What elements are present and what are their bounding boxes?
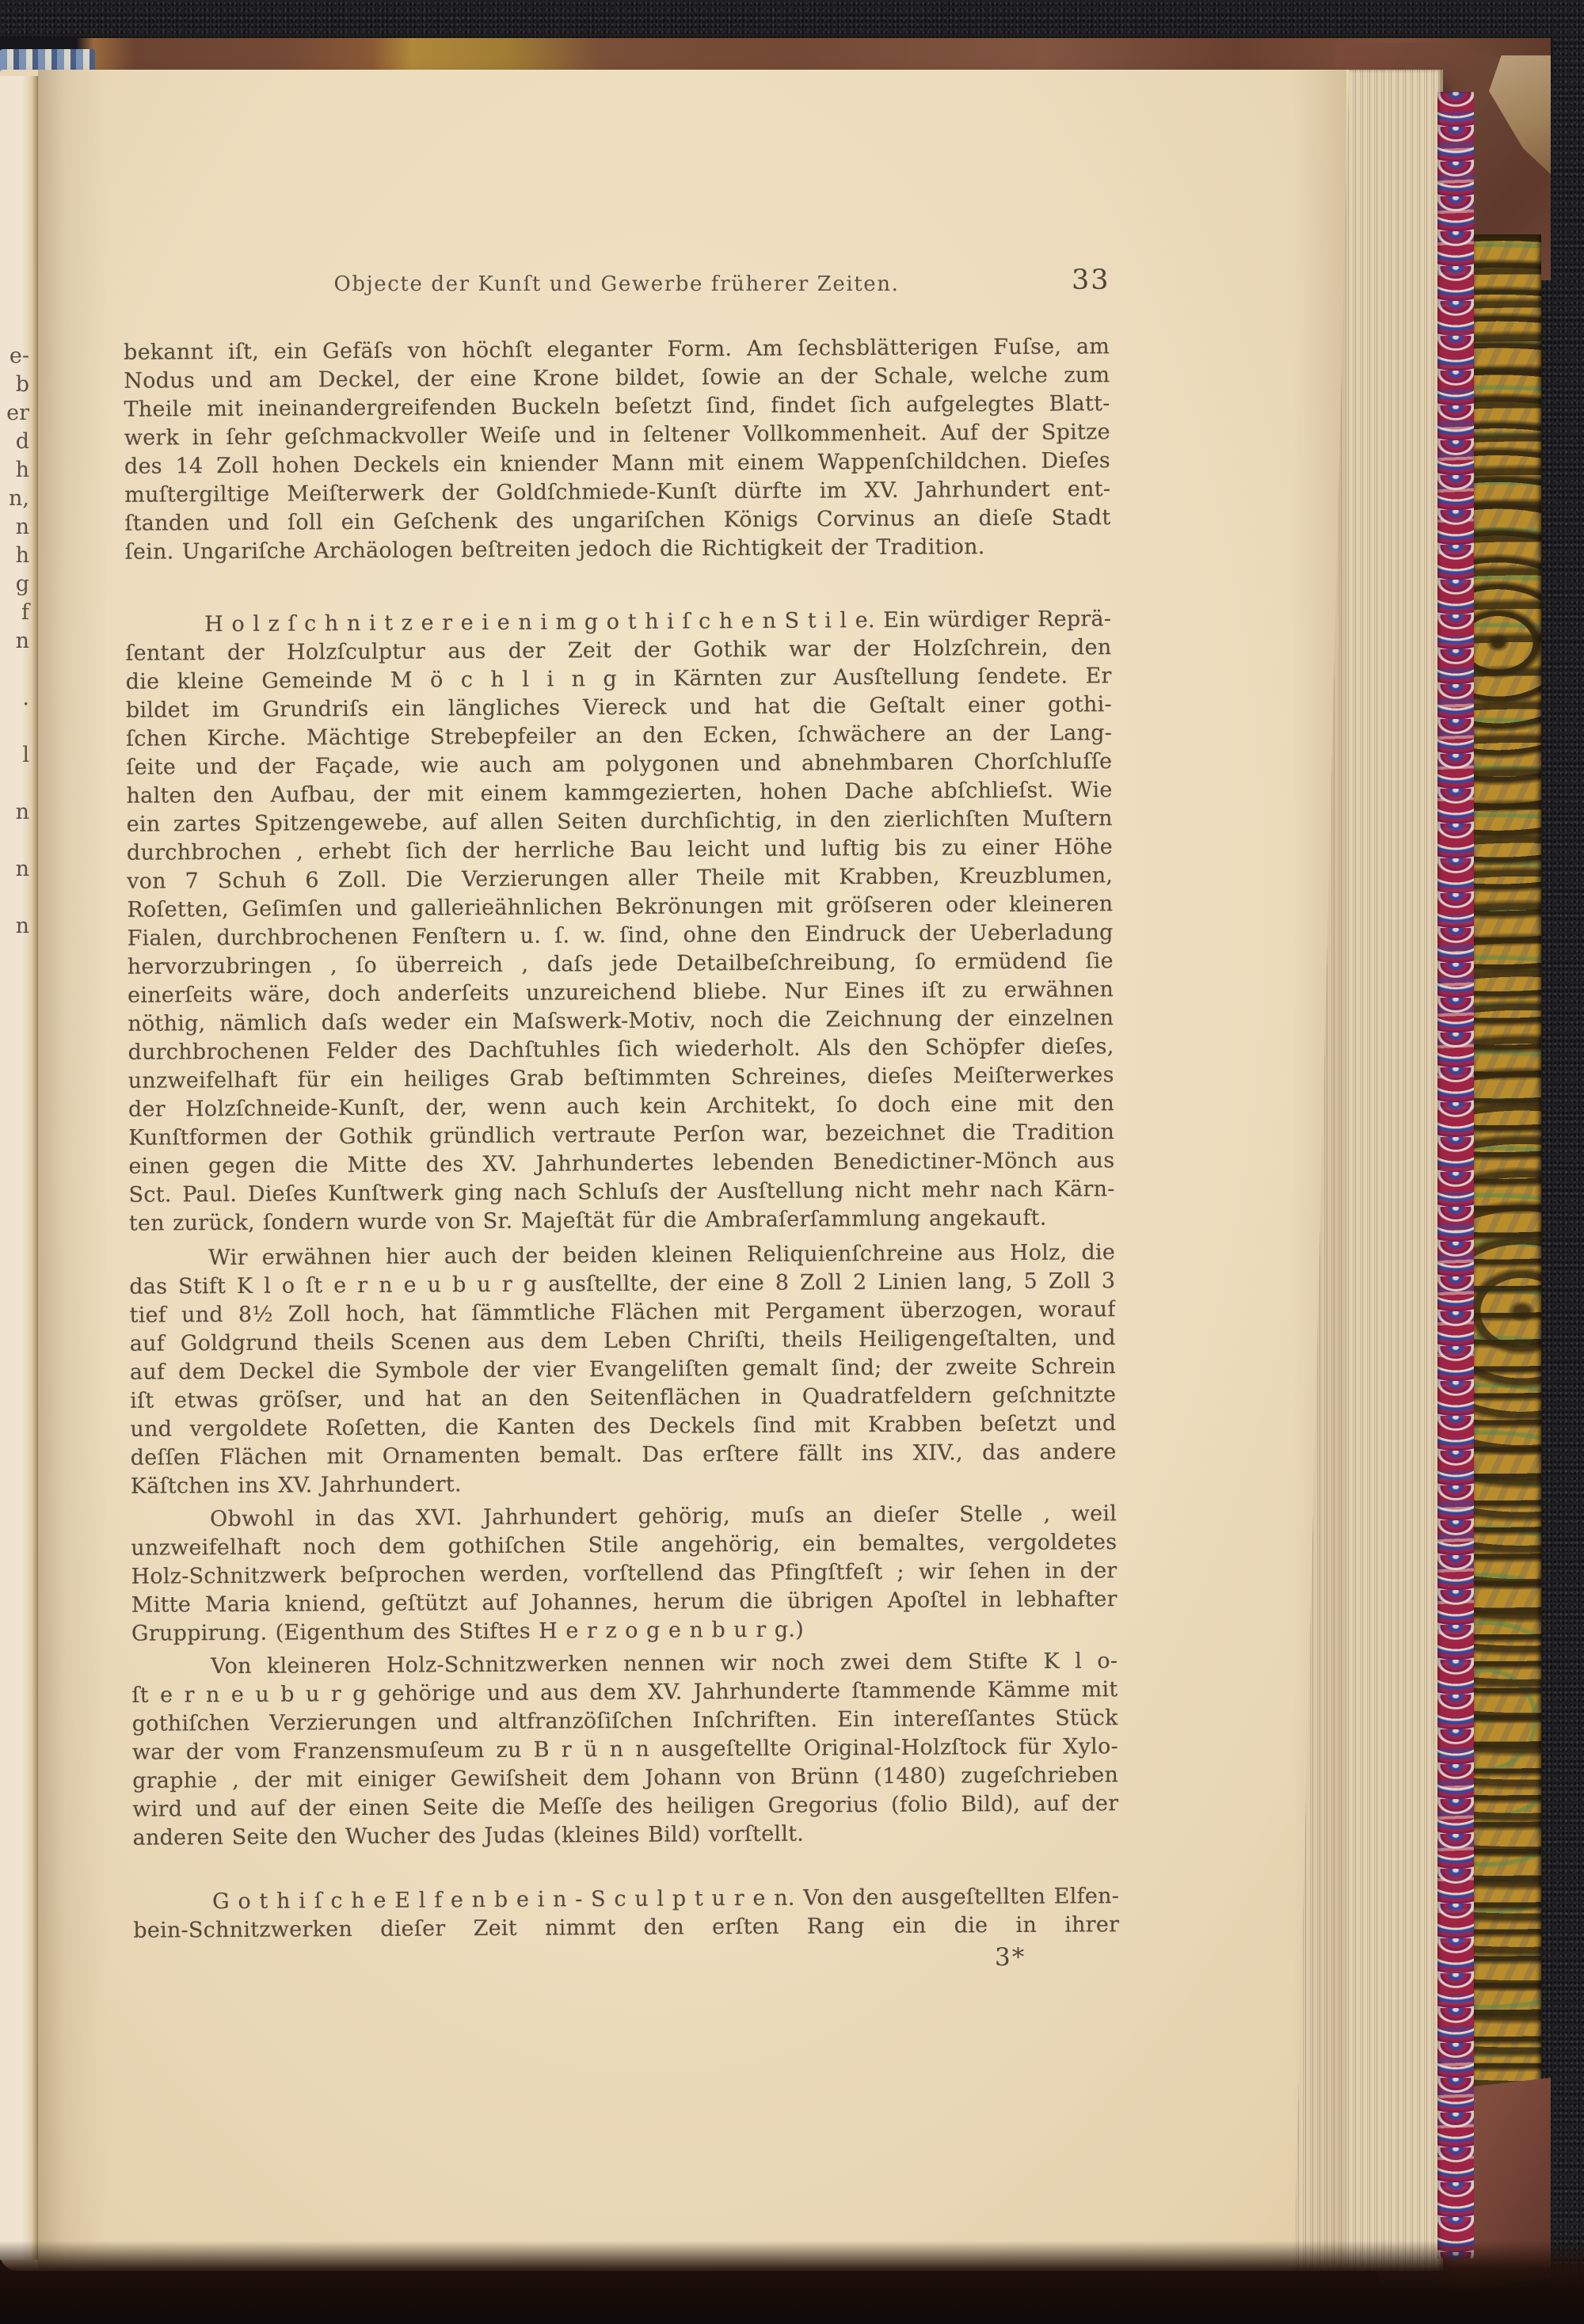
cut-off-text-fragment: d <box>0 428 38 456</box>
cut-off-text-fragment: n <box>0 513 38 542</box>
cut-off-text-fragment: h <box>0 456 38 485</box>
cut-off-text-fragment <box>0 884 38 912</box>
cut-off-text-fragment: h <box>0 542 38 570</box>
cut-off-text-fragment: e- <box>0 342 38 371</box>
cut-off-text-fragment: l <box>0 741 38 770</box>
cut-off-text-fragment: . <box>0 684 38 713</box>
text-line: deſſen Flächen mit Ornamenten bemalt. Da… <box>131 1438 1117 1473</box>
scan-background: e-berdhn,nhgfn.lnnn Objecte der Kunſt un… <box>0 0 1584 2324</box>
paragraph: Von kleineren Holz-Schnitzwerken nennen … <box>131 1647 1119 1853</box>
running-head: Objecte der Kunſt und Gewerbe früherer Z… <box>124 272 1110 296</box>
text-line: Gruppirung. (Eigenthum des Stiftes H e r… <box>131 1614 1118 1649</box>
signature-mark: 3* <box>995 1943 1026 1972</box>
text-line: bein-Schnitzwerken dieſer Zeit nimmt den… <box>133 1911 1119 1946</box>
cut-off-text-fragment <box>0 713 38 741</box>
book-page: e-berdhn,nhgfn.lnnn Objecte der Kunſt un… <box>0 70 1443 2271</box>
cut-off-text-fragment <box>0 827 38 855</box>
text-line: Käſtchen ins XV. Jahrhundert. <box>131 1466 1117 1501</box>
marbled-cover-paper <box>1472 234 1541 2091</box>
cut-off-text-fragment <box>0 656 38 684</box>
paragraph: Obwohl in das XVI. Jahrhundert gehörig, … <box>131 1500 1118 1649</box>
bottom-shadow <box>0 2241 1584 2324</box>
cut-off-text-fragment: er <box>0 399 38 428</box>
cut-off-text-fragment: n <box>0 912 38 941</box>
marbled-endpaper-strip <box>1437 92 1474 2258</box>
text-line: wird und auf der einen Seite die Meſſe d… <box>132 1790 1118 1824</box>
paragraph: H o l z ſ c h n i t z e r e i e n i m g … <box>125 605 1115 1238</box>
text-line: anderen Seite den Wucher des Judas (klei… <box>132 1818 1118 1853</box>
text-line: Mitte Maria kniend, geſtützt auf Johanne… <box>131 1585 1118 1620</box>
previous-page-edge: e-berdhn,nhgfn.lnnn <box>0 76 38 2260</box>
paragraph: G o t h i ſ c h e E l f e n b e i n - S … <box>133 1882 1119 1946</box>
text-line: ten zurück, ſondern wurde von Sr. Majeſt… <box>129 1204 1115 1238</box>
cut-off-text-fragment: n <box>0 798 38 827</box>
previous-page-text-fragments: e-berdhn,nhgfn.lnnn <box>0 342 38 941</box>
cut-off-text-fragment <box>0 770 38 798</box>
cut-off-text-fragment: n, <box>0 485 38 513</box>
paragraph: Wir erwähnen hier auch der beiden kleine… <box>129 1238 1117 1501</box>
cut-off-text-fragment: g <box>0 570 38 599</box>
cut-off-text-fragment: n <box>0 627 38 656</box>
paragraph: bekannt iſt, ein Gefäſs von höchſt elega… <box>124 333 1111 567</box>
cut-off-text-fragment: n <box>0 855 38 884</box>
text-line: ſein. Ungariſche Archäologen beſtreiten … <box>125 532 1111 567</box>
body-text: bekannt iſt, ein Gefäſs von höchſt elega… <box>124 333 1119 1946</box>
page-number: 33 <box>1072 264 1151 296</box>
cut-off-text-fragment: f <box>0 599 38 627</box>
page-surface: Objecte der Kunſt und Gewerbe früherer Z… <box>38 70 1346 2271</box>
cut-off-text-fragment: b <box>0 371 38 399</box>
